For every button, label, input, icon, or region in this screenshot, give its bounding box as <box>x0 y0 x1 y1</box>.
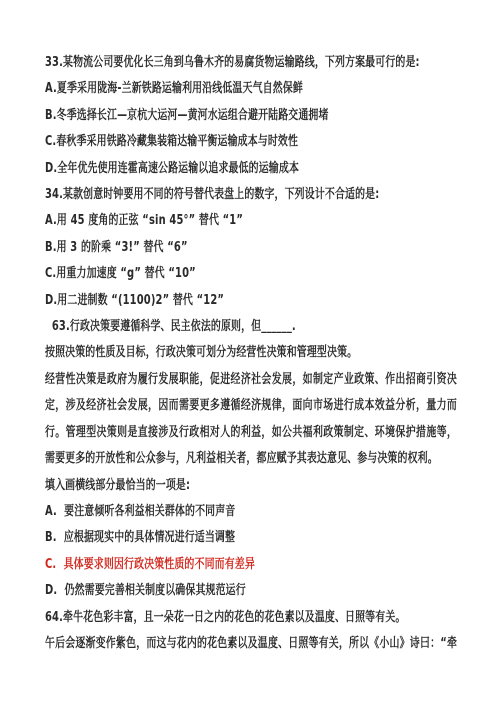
document-content: 33.某物流公司要优化长三角到乌鲁木齐的易腐货物运输路线，下列方案最可行的是: … <box>45 50 457 657</box>
q63-option-a: A. 要注意倾听各利益相关群体的不同声音 <box>45 499 457 525</box>
q33-stem: 33.某物流公司要优化长三角到乌鲁木齐的易腐货物运输路线，下列方案最可行的是: <box>45 50 457 76</box>
q64-stem: 64.牵牛花色彩丰富，且一朵花一日之内的花色的花色素以及温度、日照等有关。 <box>45 605 457 631</box>
document-page: 33.某物流公司要优化长三角到乌鲁木齐的易腐货物运输路线，下列方案最可行的是: … <box>0 0 500 707</box>
q63-stem: 63.行政决策要遵循科学、民主依法的原则，但______. <box>52 314 457 340</box>
q63-para-2: 经营性决策是政府为履行发展职能，促进经济社会发展，如制定产业政策、作出招商引资决 <box>45 367 457 393</box>
q63-option-c-highlighted: C. 具体要求则因行政决策性质的不同而有差异 <box>45 552 457 578</box>
q34-stem: 34.某款创意时钟要用不同的符号替代表盘上的数字，下列设计不合适的是: <box>45 182 457 208</box>
q34-option-a: A.用 45 度角的正弦 “sin 45°” 替代 “1” <box>45 208 457 234</box>
q63-para-4: 行。管理型决策则是直接涉及行政相对人的利益，如公共福利政策制定、环境保护措施等， <box>45 420 457 446</box>
q63-para-1: 按照决策的性质及目标，行政决策可划分为经营性决策和管理型决策。 <box>45 340 457 366</box>
q64-para: 午后会逐渐变作紫色，而这与花内的花色素以及温度、日照等有关，所以《小山》诗曰：“… <box>45 631 457 657</box>
q33-option-b: B.冬季选择长江—京杭大运河—黄河水运组合避开陆路交通拥堵 <box>45 103 457 129</box>
q63-para-3: 定，涉及经济社会发展，因而需要更多遵循经济规律，面向市场进行成本效益分析，量力而 <box>45 393 457 419</box>
q33-option-d: D.全年优先使用连霍高速公路运输以追求最低的运输成本 <box>45 156 457 182</box>
q33-option-c: C.春秋季采用铁路冷藏集装箱达输平衡运输成本与时效性 <box>45 129 457 155</box>
q34-option-d: D.用二进制数 “(1100)2” 替代 “12” <box>45 288 457 314</box>
q63-option-d: D. 仍然需要完善相关制度以确保其规范运行 <box>45 578 457 604</box>
q63-option-b: B. 应根据现实中的具体情况进行适当调整 <box>45 525 457 551</box>
q34-option-c: C.用重力加速度 “g” 替代 “10” <box>45 261 457 287</box>
q34-option-b: B.用 3 的阶乘 “3!” 替代 “6” <box>45 235 457 261</box>
q63-para-5: 需要更多的开放性和公众参与，凡利益相关者，都应赋予其表达意见、参与决策的权利。 <box>45 446 457 472</box>
q33-option-a: A.夏季采用陇海-兰新铁路运输利用沿线低温天气自然保鲜 <box>45 76 457 102</box>
q63-prompt: 填入画横线部分最恰当的一项是: <box>45 473 457 499</box>
